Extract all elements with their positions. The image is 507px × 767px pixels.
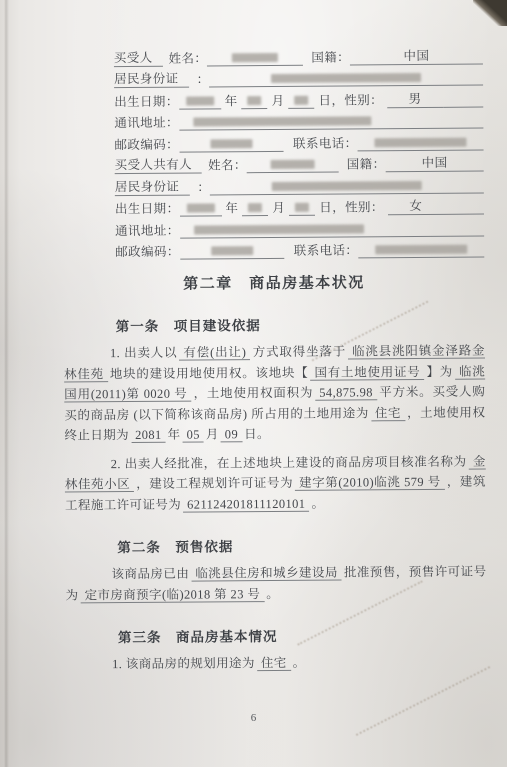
text: 。 [266,586,279,600]
redacted-name [232,52,278,61]
year-label: 年 [221,93,242,109]
buyer-id-field [209,63,483,87]
filled-value: 住宅 [257,656,291,671]
buyer-birth-day [288,86,314,109]
cobuyer-gender-line [444,192,484,215]
month-label: 月 [268,200,289,216]
redacted-phone [374,137,466,147]
filled-value: 临洮县住房和城乡建设局 [191,566,342,582]
text: ，建设工程规划许可证号为 [136,476,293,491]
article1-heading: 第一条 项目建设依据 [116,313,485,336]
article2-paragraph: 该商品房已由临洮县住房和城乡建设局批准预售，预售许可证号为定市房商预字(临)20… [65,562,486,606]
year-label: 年 [221,200,242,216]
page-number: 6 [0,712,507,724]
redacted-month [248,96,262,105]
nationality-label: 国籍： [347,156,386,172]
cobuyer-birth-month [242,194,268,217]
article1-paragraph2: 2. 出卖人经批准，在上述地块上建设的商品房项目核准名称为金林佳苑小区，建设工程… [65,451,486,515]
text: 2. 出卖人经批准，在上述地块上建设的商品房项目核准名称为 [111,454,467,470]
redacted-address [194,224,364,234]
buyer-gender-field: 男 [387,85,443,108]
photo-corner-shadow [473,0,507,26]
text: 】为 [426,364,453,378]
buyer-name-field [207,43,303,66]
gender-value: 男 [409,90,422,106]
text: 月 [206,427,219,441]
buyer-phone-field [357,128,483,151]
filled-value: 建字第(2010)临洮 579 号 [295,475,445,491]
id-colon: ： [197,71,210,87]
cobuyer-gender-field: 女 [388,192,444,215]
day-gender-label: 日，性别： [314,92,387,109]
article1-paragraph1: 1. 出卖人以有偿(出让)方式取得坐落于临洮县洮阳镇金泽路金林佳苑地块的建设用地… [64,341,486,446]
postal-label: 邮政编码： [114,136,179,152]
filled-value: 621124201811120101 [183,496,309,512]
text: 日。 [244,427,270,441]
birth-label: 出生日期： [115,201,180,217]
filled-value: 国有土地使用证号 [310,364,424,380]
name-label: 姓名： [169,50,208,66]
redacted-year [186,203,214,212]
filled-value: 54,875.98 [315,385,377,400]
id-card-label: 居民身份证 [115,178,190,196]
buyer-nationality-field: 中国 [350,42,483,65]
filled-value: 住宅 [371,406,405,421]
text: 1. 出卖人以 [110,346,178,360]
filled-value: 05 [183,427,204,442]
buyer-label: 买受人 [114,49,163,66]
buyer-birth-month [242,86,268,109]
scanned-contract-photo: { "labels": { "buyer": "买受人", "cobuyer":… [0,0,507,767]
chapter2-title: 第二章 商品房基本状况 [63,271,484,295]
article2-heading: 第二条 预售依据 [117,534,486,557]
filled-value: 定市房商预字(临)2018 第 23 号 [81,587,265,603]
name-label: 姓名： [208,157,247,173]
text: 该商品房已由 [111,567,189,582]
redacted-id-number [272,180,422,190]
month-label: 月 [268,92,289,108]
redacted-month [248,203,262,212]
text: 年 [168,428,181,442]
buyer-postal-field [179,129,283,152]
address-label: 通讯地址： [114,115,179,131]
redacted-name [271,160,315,169]
birth-label: 出生日期： [114,93,179,109]
redacted-day [294,95,308,104]
article3-heading: 第三条 商品房基本情况 [118,624,487,647]
text: 1. 该商品房的规划用途为 [112,656,255,671]
cobuyer-label: 买受人共有人 [115,157,203,175]
redacted-day [295,203,309,212]
day-gender-label: 日，性别： [315,199,388,216]
buyer-gender-line [443,85,483,108]
text: ，土地使用权面积为 [194,386,314,401]
cobuyer-phone-field [358,235,484,258]
redacted-year [186,96,214,105]
cobuyer-birth-year [179,194,221,217]
redacted-address [193,116,371,126]
nationality-value: 中国 [403,47,429,63]
filled-value: 09 [221,427,242,442]
gender-value: 女 [409,198,422,214]
cobuyer-postal-field [180,236,284,259]
text: 地块的建设用地使用权。该地块【 [110,365,309,380]
redacted-phone [375,245,467,255]
phone-label: 联系电话： [294,242,359,258]
address-label: 通讯地址： [115,222,180,238]
cobuyer-postal-row: 邮政编码： 联系电话： [63,236,484,260]
redacted-postal [210,139,252,148]
id-card-label: 居民身份证 [114,71,189,89]
text: 方式取得坐落于 [252,345,346,360]
article3-paragraph: 1. 该商品房的规划用途为住宅。 [66,652,487,675]
cobuyer-id-field [210,171,484,195]
phone-label: 联系电话： [293,135,358,151]
nationality-value: 中国 [422,155,448,171]
buyer-birth-year [179,86,221,109]
nationality-label: 国籍： [311,49,350,65]
redacted-postal [211,246,253,255]
cobuyer-birth-day [289,193,315,216]
postal-label: 邮政编码： [115,244,180,260]
id-colon: ： [197,179,210,195]
redacted-id-number [271,73,421,83]
text: 。 [293,656,306,670]
cobuyer-nationality-field: 中国 [385,149,483,172]
text: 。 [311,496,324,510]
filled-value: 有偿(出让) [179,345,250,360]
cobuyer-name-field [247,150,339,173]
contract-page: 买受人 姓名： 国籍： 中国 居民身份证 ： 出生日期： 年 月 日，性别： 男… [62,43,487,675]
filled-value: 2081 [131,428,166,443]
